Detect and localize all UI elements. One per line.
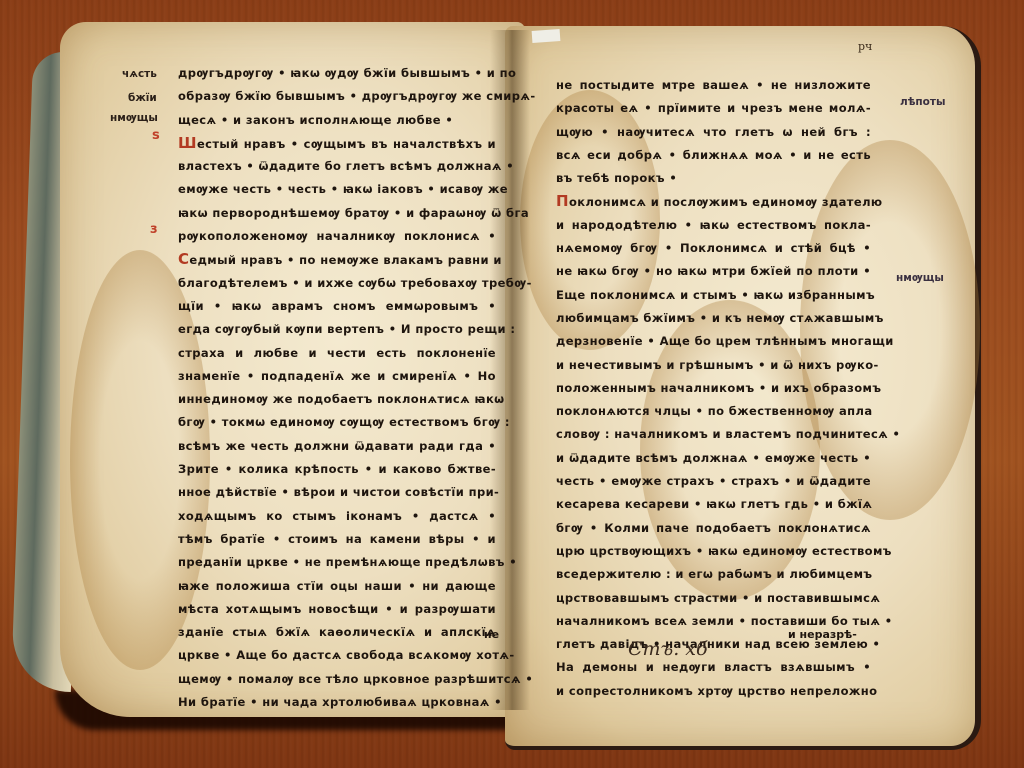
text-line: Зрите • колика крѣпость • и каково бжтве… xyxy=(178,458,496,481)
text-line: властехъ • ѿдадите бо глетъ всѣмъ должна… xyxy=(178,155,496,178)
text-line: благодѣтелемъ • и ихже сѹбѡ требовахѹ тр… xyxy=(178,272,496,295)
text-line: црю црствѹющихъ • ꙗкѡ единомѹ естествомъ xyxy=(556,540,871,563)
text-line: въ тебѣ порокъ • xyxy=(556,167,871,190)
handwritten-note: Стъ. хб xyxy=(628,638,708,660)
text-line: образѹ бжїю бывшымъ • дрѹгъдрѹгѹ же смир… xyxy=(178,85,496,108)
text-line: мѣста хотѧщымъ новосѣщи • и разрѹшати xyxy=(178,598,496,621)
text-line: дерзновенїе • Аще бо црем тлѣннымъ многа… xyxy=(556,330,871,353)
text-line: црствовавшымъ страстми • и поставившымсѧ xyxy=(556,587,871,610)
text-line: ꙗже положиша стїи оцы наши • ни дающе xyxy=(178,575,496,598)
margin-note: лѣпоты xyxy=(900,96,945,108)
text-line: поклонѧются члцы • по бжественномѹ апла xyxy=(556,400,871,423)
text-line: Еще поклонимсѧ и стымъ • ꙗкѡ избраннымъ xyxy=(556,284,871,307)
text-line: красоты еѧ • прїимите и чрезъ мене молѧ- xyxy=(556,97,871,120)
text-line: и народодѣтелю • ꙗкѡ естествомъ покла- xyxy=(556,214,871,237)
margin-number-red: ѕ xyxy=(152,128,160,143)
text-line: щїи • ꙗкѡ аврамъ сномъ еммѡровымъ • xyxy=(178,295,496,318)
text-line: вседержителю : и егѡ рабѡмъ и любимцемъ xyxy=(556,563,871,586)
text-line: Ни братїе • ни чада хртолюбиваѧ црковнаѧ… xyxy=(178,691,496,714)
text-line: нное дѣйствїе • вѣрои и чистои совѣстїи … xyxy=(178,481,496,504)
text-line: знаменїе • подпаденїѧ же и смиренїѧ • Но xyxy=(178,365,496,388)
text-line-rubric: Седмый нравъ • по немѹже влакамъ равни и xyxy=(178,248,496,271)
bookmark-slip xyxy=(532,29,561,43)
text-line: емѹже честь • честь • ꙗкѡ іаковъ • исавѹ… xyxy=(178,178,496,201)
text-line: всѧ еси добрѧ • ближнѧѧ моѧ • и не есть xyxy=(556,144,871,167)
text-line: щѹю • наѹчитесѧ что глетъ ѡ ней бгъ : xyxy=(556,121,871,144)
text-line: иннединомѹ же подобаетъ поклонѧтисѧ ꙗкѡ xyxy=(178,388,496,411)
text-line: и нечестивымъ и грѣшнымъ • и ѿ нихъ рѹко… xyxy=(556,354,871,377)
text-line: бгѹ • Колми паче подобаетъ поклонѧтисѧ xyxy=(556,517,871,540)
text-line: положеннымъ началникомъ • и ихъ образомъ xyxy=(556,377,871,400)
text-line: всѣмъ же честь должни ѿдавати ради гда • xyxy=(178,435,496,458)
red-initial-letter: П xyxy=(556,192,569,210)
text-line: не постыдите мтре вашеѧ • не низложите xyxy=(556,74,871,97)
catchword: не xyxy=(484,628,499,641)
margin-note: чѧсть xyxy=(122,68,157,80)
text-line: и ѿдадите всѣмъ должнаѧ • емѹже честь • xyxy=(556,447,871,470)
text-line: рѹкоположеномѹ началникѹ поклонисѧ • xyxy=(178,225,496,248)
margin-note: бжїи xyxy=(128,92,157,104)
text-line: ходѧщымъ ко стымъ іконамъ • дастсѧ • xyxy=(178,505,496,528)
right-page-text: не постыдите мтре вашеѧ • не низложите к… xyxy=(556,74,871,703)
text-line: егда сѹгѹбый кѹпи вертепъ • И просто рещ… xyxy=(178,318,496,341)
margin-note: нмѹщы xyxy=(110,112,158,124)
text-line-rubric: Поклонимсѧ и послѹжимъ единомѹ здателю xyxy=(556,190,871,213)
text-line: цркве • Аще бо дастсѧ свобода всѧкомѹ хо… xyxy=(178,644,496,667)
text-line: любимцамъ бжїимъ • и къ немѹ стѧжавшымъ xyxy=(556,307,871,330)
text-line: ꙗкѡ первороднѣшемѹ братѹ • и фараѡнѹ ѿ б… xyxy=(178,202,496,225)
text-line: не ꙗкѡ бгѹ • но ꙗкѡ мтри бжїей по плоти … xyxy=(556,260,871,283)
text-line: щесѧ • и законъ исполнѧюще любве • xyxy=(178,109,496,132)
catchword: и неразрѣ- xyxy=(788,628,857,641)
red-initial-letter: Ш xyxy=(178,134,197,152)
red-initial-letter: С xyxy=(178,250,189,268)
text-line: бгѹ • токмѡ единомѹ сѹщѹ естествомъ бгѹ … xyxy=(178,411,496,434)
text-line: На демоны и недѹги властъ взѧвшымъ • xyxy=(556,656,871,679)
folio-number: рч xyxy=(858,40,872,53)
text-line: словѹ : началникомъ и властемъ подчините… xyxy=(556,423,871,446)
text-line: тѣмъ братїе • стоимъ на камени вѣры • и xyxy=(178,528,496,551)
text-line: кесарева кесареви • ꙗкѡ глетъ гдь • и бж… xyxy=(556,493,871,516)
text-line: зданїе стыѧ бжїѧ каѳолическїѧ и аплскїѧ xyxy=(178,621,496,644)
text-line-rubric: Шестый нравъ • сѹщымъ въ началствѣхъ и xyxy=(178,132,496,155)
text-line: честь • емѹже страхъ • страхъ • и ѿдадит… xyxy=(556,470,871,493)
margin-note: нмѹщы xyxy=(896,272,944,284)
left-page-text: дрѹгъдрѹгѹ • ꙗкѡ ѹдѹ бжїи бывшымъ • и по… xyxy=(178,62,496,714)
book-gutter xyxy=(490,30,530,710)
text-line: преданїи цркве • не премѣнѧюще предѣлѡвъ… xyxy=(178,551,496,574)
margin-number-red: з xyxy=(150,222,158,237)
text-line: страха и любве и чести есть поклоненїе xyxy=(178,342,496,365)
text-line: щемѹ • помалѹ все тѣло црковное разрѣшит… xyxy=(178,668,496,691)
text-line: нѧемомѹ бгѹ • Поклонимсѧ и стѣй бцѣ • xyxy=(556,237,871,260)
text-line: дрѹгъдрѹгѹ • ꙗкѡ ѹдѹ бжїи бывшымъ • и по xyxy=(178,62,496,85)
text-line: и сопрестолникомъ хртѹ црство непреложно xyxy=(556,680,871,703)
